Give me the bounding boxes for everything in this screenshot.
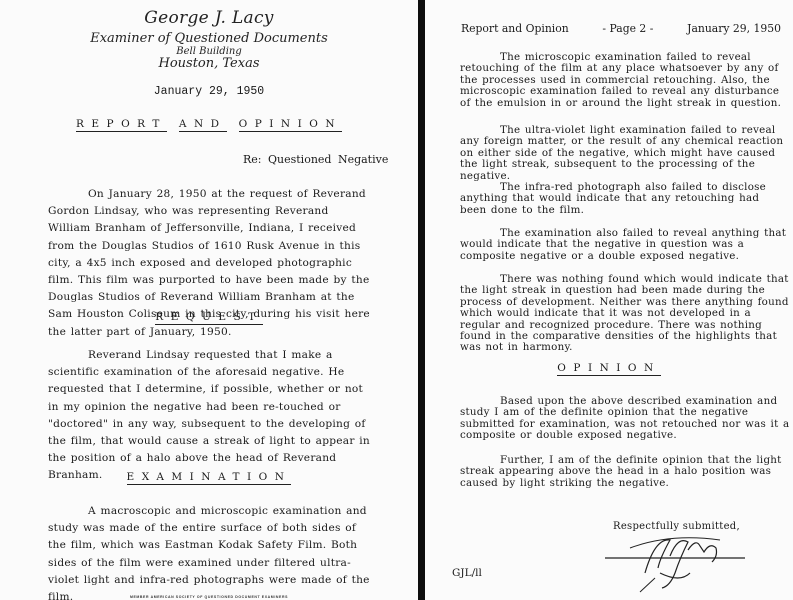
request-paragraph: Reverand Lindsay requested that I make a… bbox=[48, 347, 373, 485]
ultraviolet-paragraph: The ultra-violet light examination faile… bbox=[460, 125, 790, 182]
examination-heading: EXAMINATION bbox=[0, 471, 418, 483]
letterhead-city: Houston, Texas bbox=[0, 56, 418, 71]
re-line: Re: Questioned Negative bbox=[243, 153, 388, 166]
header-title: Report and Opinion bbox=[461, 22, 569, 35]
opinion-paragraph-2: Further, I am of the definite opinion th… bbox=[460, 455, 790, 489]
heading-word: EXAMINATION bbox=[127, 471, 292, 485]
typist-initials: GJL/ll bbox=[452, 567, 482, 579]
opinion-heading: OPINION bbox=[425, 362, 793, 374]
request-heading: REQUEST bbox=[0, 311, 418, 323]
paragraph-text: Reverand Lindsay requested that I make a… bbox=[48, 349, 370, 481]
document-page-1: George J. Lacy Examiner of Questioned Do… bbox=[0, 0, 418, 600]
letterhead-title: Examiner of Questioned Documents bbox=[0, 31, 418, 46]
paragraph-text: There was nothing found which would indi… bbox=[460, 273, 789, 353]
examination-paragraph: A macroscopic and microscopic examinatio… bbox=[48, 503, 373, 600]
document-page-2: Report and Opinion - Page 2 - January 29… bbox=[425, 0, 793, 600]
heading-word: REQUEST bbox=[155, 311, 262, 325]
header-date: January 29, 1950 bbox=[687, 22, 781, 35]
footer-membership: MEMBER AMERICAN SOCIETY OF QUESTIONED DO… bbox=[0, 595, 418, 599]
paragraph-text: Based upon the above described examinati… bbox=[460, 395, 789, 441]
heading-word: REPORT bbox=[76, 118, 167, 132]
paragraph-text: Further, I am of the definite opinion th… bbox=[460, 454, 782, 489]
heading-word: AND bbox=[179, 118, 227, 132]
letterhead-name: George J. Lacy bbox=[0, 8, 418, 28]
handwritten-signature bbox=[600, 528, 750, 593]
page-2-header: Report and Opinion - Page 2 - January 29… bbox=[461, 22, 781, 35]
paragraph-text: The infra-red photograph also failed to … bbox=[460, 181, 766, 216]
infrared-paragraph: The infra-red photograph also failed to … bbox=[460, 182, 790, 216]
heading-word: OPINION bbox=[239, 118, 342, 132]
paragraph-text: A macroscopic and microscopic examinatio… bbox=[48, 505, 370, 600]
paragraph-text: The examination also failed to reveal an… bbox=[460, 227, 786, 262]
document-date: January 29, 1950 bbox=[0, 85, 418, 98]
composite-paragraph: The examination also failed to reveal an… bbox=[460, 228, 790, 262]
paragraph-text: The microscopic examination failed to re… bbox=[460, 51, 781, 109]
header-page-number: - Page 2 - bbox=[602, 22, 653, 35]
opinion-paragraph-1: Based upon the above described examinati… bbox=[460, 396, 790, 442]
report-heading: REPORTANDOPINION bbox=[0, 118, 418, 130]
heading-word: OPINION bbox=[557, 362, 660, 376]
microscopic-paragraph: The microscopic examination failed to re… bbox=[460, 52, 790, 109]
page-divider bbox=[418, 0, 425, 600]
paragraph-text: The ultra-violet light examination faile… bbox=[460, 124, 783, 182]
development-paragraph: There was nothing found which would indi… bbox=[460, 274, 790, 354]
